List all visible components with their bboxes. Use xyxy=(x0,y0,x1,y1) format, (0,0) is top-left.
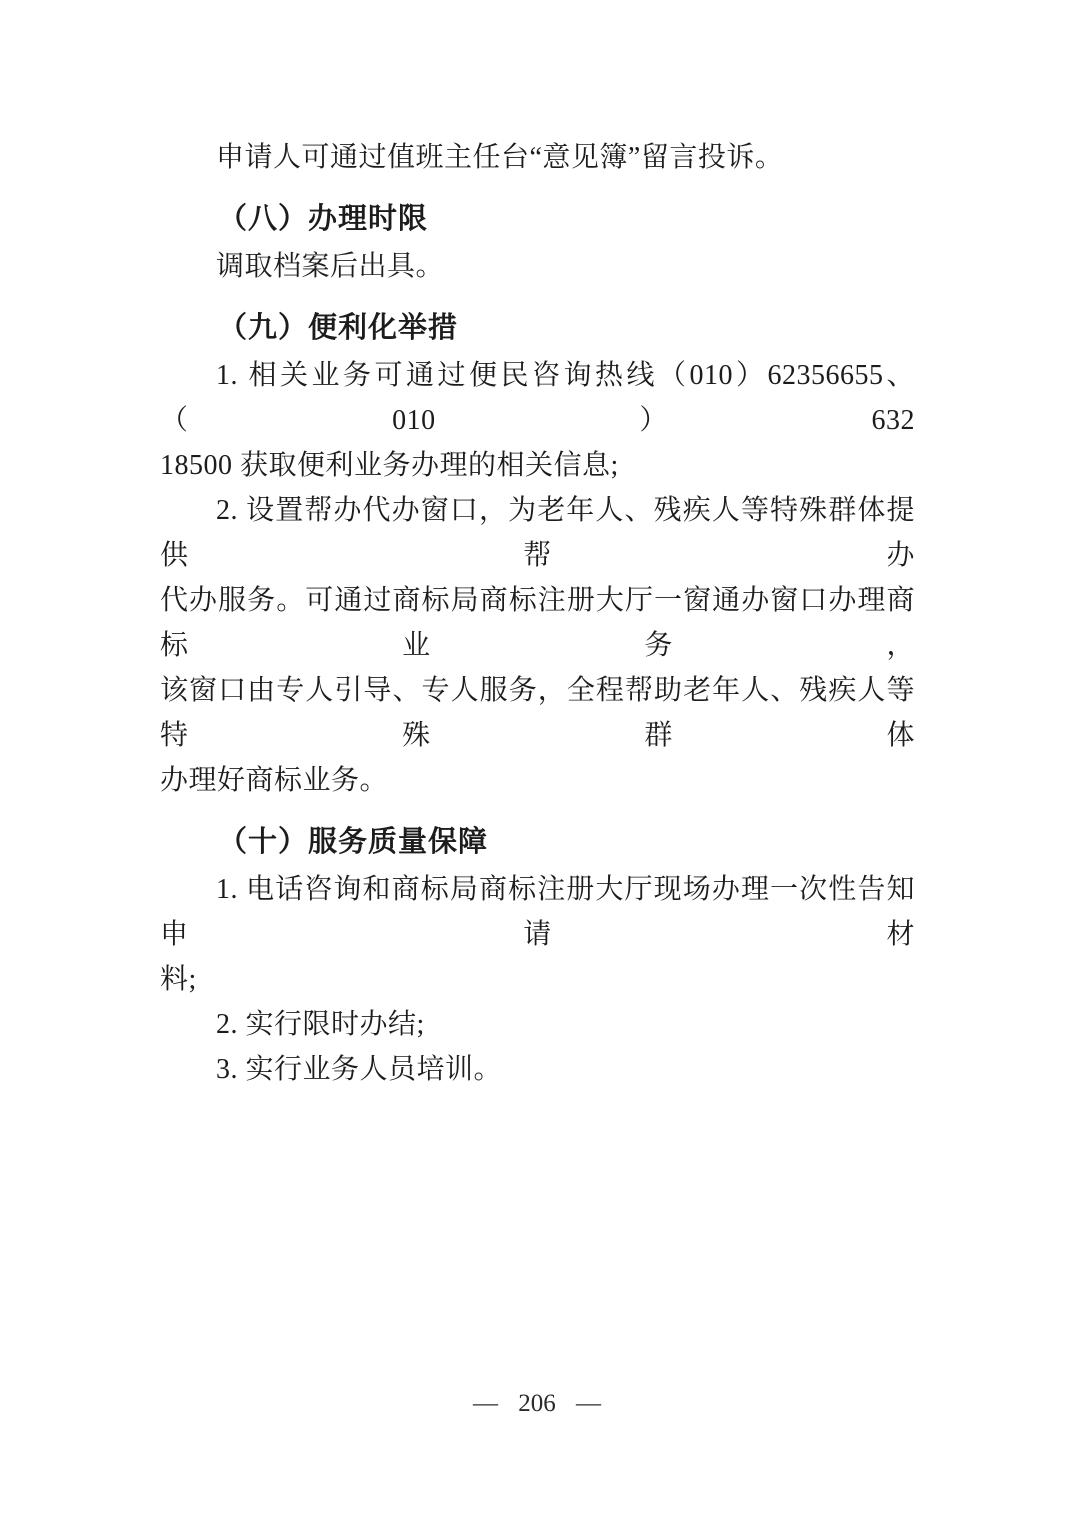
paragraph-line: 18500 获取便利业务办理的相关信息; xyxy=(160,443,915,488)
paragraph-line: 调取档案后出具。 xyxy=(160,244,915,289)
document-body: 申请人可通过值班主任台“意见簿”留言投诉。 （八）办理时限 调取档案后出具。 （… xyxy=(160,135,915,1092)
section-heading-10: （十）服务质量保障 xyxy=(160,820,915,865)
paragraph-line: 料; xyxy=(160,957,915,1002)
section-10-paragraph-2: 2. 实行限时办结; xyxy=(160,1002,915,1047)
paragraph-line: 办理好商标业务。 xyxy=(160,758,915,803)
paragraph-line: 代办服务。可通过商标局商标注册大厅一窗通办窗口办理商标业务， xyxy=(160,578,915,668)
section-9-paragraph-2: 2. 设置帮办代办窗口，为老年人、残疾人等特殊群体提供帮办 代办服务。可通过商标… xyxy=(160,488,915,803)
section-9-paragraph-1: 1. 相关业务可通过便民咨询热线（010）62356655、（010）632 1… xyxy=(160,353,915,488)
section-heading-8: （八）办理时限 xyxy=(160,197,915,242)
section-heading-9: （九）便利化举措 xyxy=(160,306,915,351)
paragraph-line: 申请人可通过值班主任台“意见簿”留言投诉。 xyxy=(160,135,915,180)
paragraph-line: 该窗口由专人引导、专人服务，全程帮助老年人、残疾人等特殊群体 xyxy=(160,668,915,758)
document-page: 申请人可通过值班主任台“意见簿”留言投诉。 （八）办理时限 调取档案后出具。 （… xyxy=(0,0,1074,1520)
section-10-paragraph-3: 3. 实行业务人员培训。 xyxy=(160,1047,915,1092)
section-10-paragraph-1: 1. 电话咨询和商标局商标注册大厅现场办理一次性告知申请材 料; xyxy=(160,867,915,1002)
paragraph-line: 2. 实行限时办结; xyxy=(160,1002,915,1047)
page-number: — 206 — xyxy=(0,1388,1074,1420)
paragraph-line: 1. 电话咨询和商标局商标注册大厅现场办理一次性告知申请材 xyxy=(160,867,915,957)
paragraph-line: 3. 实行业务人员培训。 xyxy=(160,1047,915,1092)
paragraph-line: 1. 相关业务可通过便民咨询热线（010）62356655、（010）632 xyxy=(160,353,915,443)
intro-paragraph: 申请人可通过值班主任台“意见簿”留言投诉。 xyxy=(160,135,915,180)
section-8-paragraph-1: 调取档案后出具。 xyxy=(160,244,915,289)
paragraph-line: 2. 设置帮办代办窗口，为老年人、残疾人等特殊群体提供帮办 xyxy=(160,488,915,578)
